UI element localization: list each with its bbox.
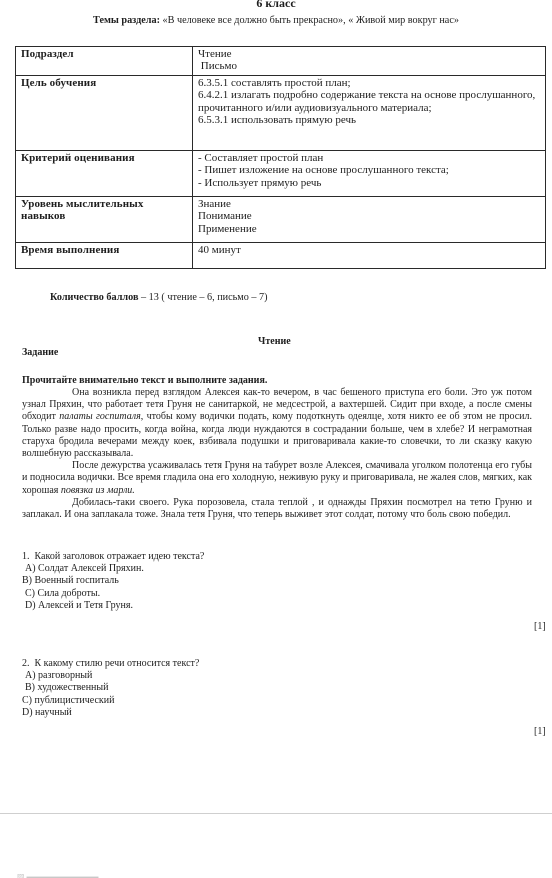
section-title: Чтение xyxy=(258,336,291,347)
row-value: - Составляет простой план - Пишет изложе… xyxy=(193,151,546,197)
answer-option-a: A) разговорный xyxy=(22,670,199,682)
value-line: 40 минут xyxy=(198,244,541,256)
value-line: 6.4.2.1 излагать подробно содержание тек… xyxy=(198,89,541,114)
themes-value: «В человеке все должно быть прекрасно», … xyxy=(163,15,459,26)
value-line: - Использует прямую речь xyxy=(198,177,541,189)
question-text: 2. К какому стилю речи относится текст? xyxy=(22,658,199,670)
table-row: Подраздел Чтение Письмо xyxy=(16,47,546,76)
value-line: - Пишет изложение на основе прослушанног… xyxy=(198,164,541,176)
row-value: Чтение Письмо xyxy=(193,47,546,76)
paragraph: После дежурства усаживалась тетя Груня н… xyxy=(22,460,532,497)
task-instruction: Прочитайте внимательно текст и выполните… xyxy=(22,375,267,386)
themes-label: Темы раздела: xyxy=(93,15,160,26)
row-value: 40 минут xyxy=(193,243,546,269)
row-key: Подраздел xyxy=(16,47,193,76)
question-2: 2. К какому стилю речи относится текст? … xyxy=(22,658,199,719)
value-line: Применение xyxy=(198,223,541,235)
row-value: 6.3.5.1 составлять простой план; 6.4.2.1… xyxy=(193,76,546,151)
grade-heading: 6 класс xyxy=(0,0,552,11)
row-key: Уровень мыслительных навыков xyxy=(16,197,193,243)
score-value: – 13 ( чтение – 6, письмо – 7) xyxy=(138,292,267,303)
section-themes: Темы раздела: «В человеке все должно быт… xyxy=(0,15,552,26)
answer-option-b: B) художественный xyxy=(22,682,199,694)
value-line: 6.3.5.1 составлять простой план; xyxy=(198,77,541,89)
row-key: Цель обучения xyxy=(16,76,193,151)
page-divider xyxy=(0,813,552,814)
table-row: Уровень мыслительных навыков Знание Пони… xyxy=(16,197,546,243)
value-line: Чтение xyxy=(198,48,541,60)
task-title: Задание xyxy=(22,347,58,358)
text-run: Добилась-таки своего. Рука порозовела, с… xyxy=(22,497,532,520)
value-line: Понимание xyxy=(198,210,541,222)
row-key: Критерий оценивания xyxy=(16,151,193,197)
value-line: Знание xyxy=(198,198,541,210)
score-summary: Количество баллов – 13 ( чтение – 6, пис… xyxy=(50,292,268,303)
answer-option-d: D) научный xyxy=(22,707,199,719)
paragraph: Она возникла перед взглядом Алексея как-… xyxy=(22,387,532,460)
table-row: Цель обучения 6.3.5.1 составлять простой… xyxy=(16,76,546,151)
cut-off-footer-text: ▨ ▬▬▬▬▬▬▬▬▬ xyxy=(17,872,99,878)
row-key: Время выполнения xyxy=(16,243,193,269)
value-line: Письмо xyxy=(198,60,541,72)
answer-option-c: C) публицистический xyxy=(22,695,199,707)
table-row: Критерий оценивания - Составляет простой… xyxy=(16,151,546,197)
question-1: 1. Какой заголовок отражает идею текста?… xyxy=(22,551,204,612)
answer-option-a: A) Солдат Алексей Пряхин. xyxy=(22,563,204,575)
reading-text: Она возникла перед взглядом Алексея как-… xyxy=(22,387,532,521)
table-row: Время выполнения 40 минут xyxy=(16,243,546,269)
value-line: 6.5.3.1 использовать прямую речь xyxy=(198,114,541,126)
italic-run: повязка из марли. xyxy=(61,485,135,496)
question-1-points: [1] xyxy=(534,621,546,632)
lesson-info-table: Подраздел Чтение Письмо Цель обучения 6.… xyxy=(15,46,546,269)
answer-option-c: C) Сила доброты. xyxy=(22,588,204,600)
answer-option-d: D) Алексей и Тетя Груня. xyxy=(22,600,204,612)
paragraph: Добилась-таки своего. Рука порозовела, с… xyxy=(22,497,532,521)
value-line: - Составляет простой план xyxy=(198,152,541,164)
answer-option-b: B) Военный госпиталь xyxy=(22,575,204,587)
italic-run: палаты госпиталя xyxy=(59,411,141,422)
row-value: Знание Понимание Применение xyxy=(193,197,546,243)
question-2-points: [1] xyxy=(534,726,546,737)
score-label: Количество баллов xyxy=(50,292,138,303)
question-text: 1. Какой заголовок отражает идею текста? xyxy=(22,551,204,563)
